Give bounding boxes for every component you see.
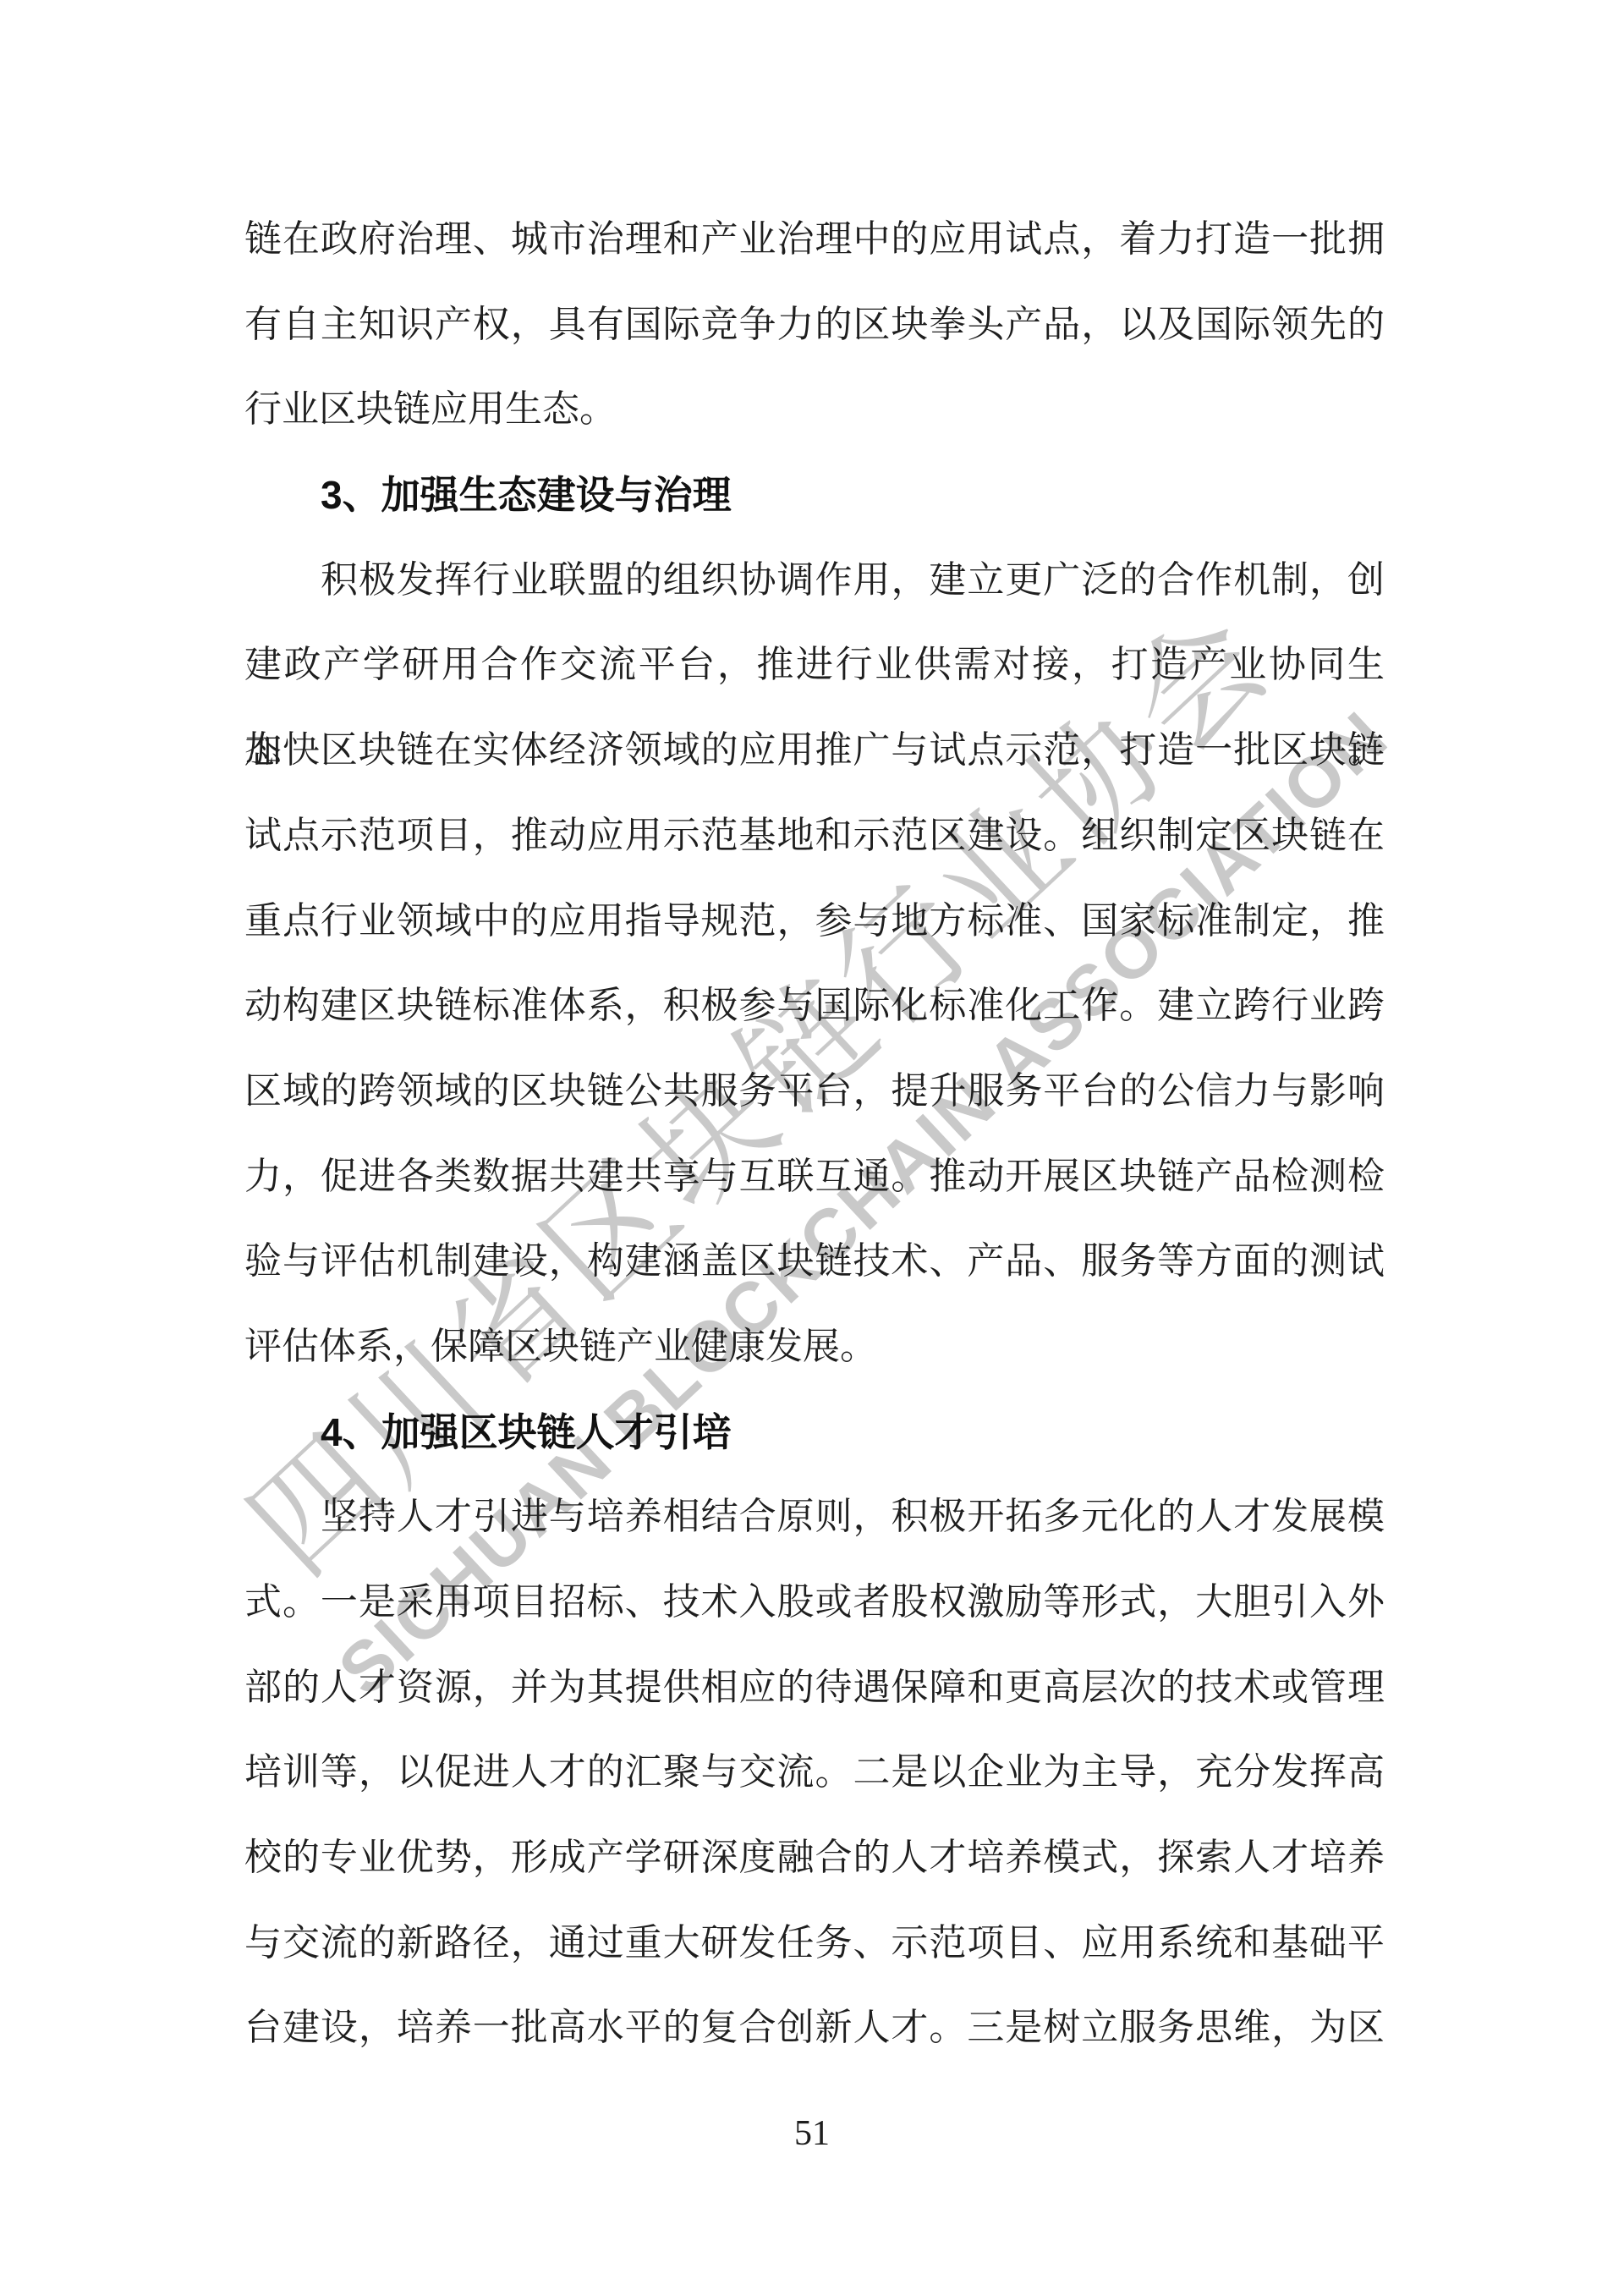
- text-line: 与交流的新路径，通过重大研发任务、示范项目、应用系统和基础平: [244, 1901, 1385, 1986]
- text-line: 重点行业领域中的应用指导规范，参与地方标准、国家标准制定，推: [244, 879, 1385, 964]
- text-line: 加快区块链在实体经济领域的应用推广与试点示范，打造一批区块链: [244, 708, 1385, 794]
- text-line: 行业区块链应用生态。: [244, 367, 1385, 453]
- text-line: 动构建区块链标准体系，积极参与国际化标准化工作。建立跨行业跨: [244, 964, 1385, 1049]
- text-line: 积极发挥行业联盟的组织协调作用，建立更广泛的合作机制，创: [244, 538, 1385, 623]
- page-number: 51: [0, 2113, 1624, 2154]
- text-line: 评估体系，保障区块链产业健康发展。: [244, 1305, 1385, 1390]
- section-heading: 4、加强区块链人才引培: [244, 1390, 1385, 1475]
- text-line: 部的人才资源，并为其提供相应的待遇保障和更高层次的技术或管理: [244, 1645, 1385, 1731]
- text-line: 验与评估机制建设，构建涵盖区块链技术、产品、服务等方面的测试: [244, 1219, 1385, 1305]
- text-line: 区域的跨领域的区块链公共服务平台，提升服务平台的公信力与影响: [244, 1049, 1385, 1134]
- text-line: 坚持人才引进与培养相结合原则，积极开拓多元化的人才发展模: [244, 1475, 1385, 1560]
- text-line: 力，促进各类数据共建共享与互联互通。推动开展区块链产品检测检: [244, 1134, 1385, 1220]
- text-line: 台建设，培养一批高水平的复合创新人才。三是树立服务思维，为区: [244, 1986, 1385, 2071]
- text-line: 培训等，以促进人才的汇聚与交流。二是以企业为主导，充分发挥高: [244, 1730, 1385, 1815]
- text-line: 试点示范项目，推动应用示范基地和示范区建设。组织制定区块链在: [244, 794, 1385, 879]
- text-block: 链在政府治理、城市治理和产业治理中的应用试点，着力打造一批拥 有自主知识产权，具…: [244, 197, 1385, 2071]
- text-line: 校的专业优势，形成产学研深度融合的人才培养模式，探索人才培养: [244, 1815, 1385, 1901]
- document-page: 四川省区块链行业协会 SICHUAN BLOCKCHAIN ASSOCIATIO…: [0, 0, 1624, 2296]
- section-heading: 3、加强生态建设与治理: [244, 453, 1385, 538]
- text-line: 链在政府治理、城市治理和产业治理中的应用试点，着力打造一批拥: [244, 197, 1385, 283]
- text-line: 式。一是采用项目招标、技术入股或者股权激励等形式，大胆引入外: [244, 1560, 1385, 1645]
- text-line: 有自主知识产权，具有国际竞争力的区块拳头产品，以及国际领先的: [244, 283, 1385, 368]
- text-line: 建政产学研用合作交流平台，推进行业供需对接，打造产业协同生态。: [244, 623, 1385, 708]
